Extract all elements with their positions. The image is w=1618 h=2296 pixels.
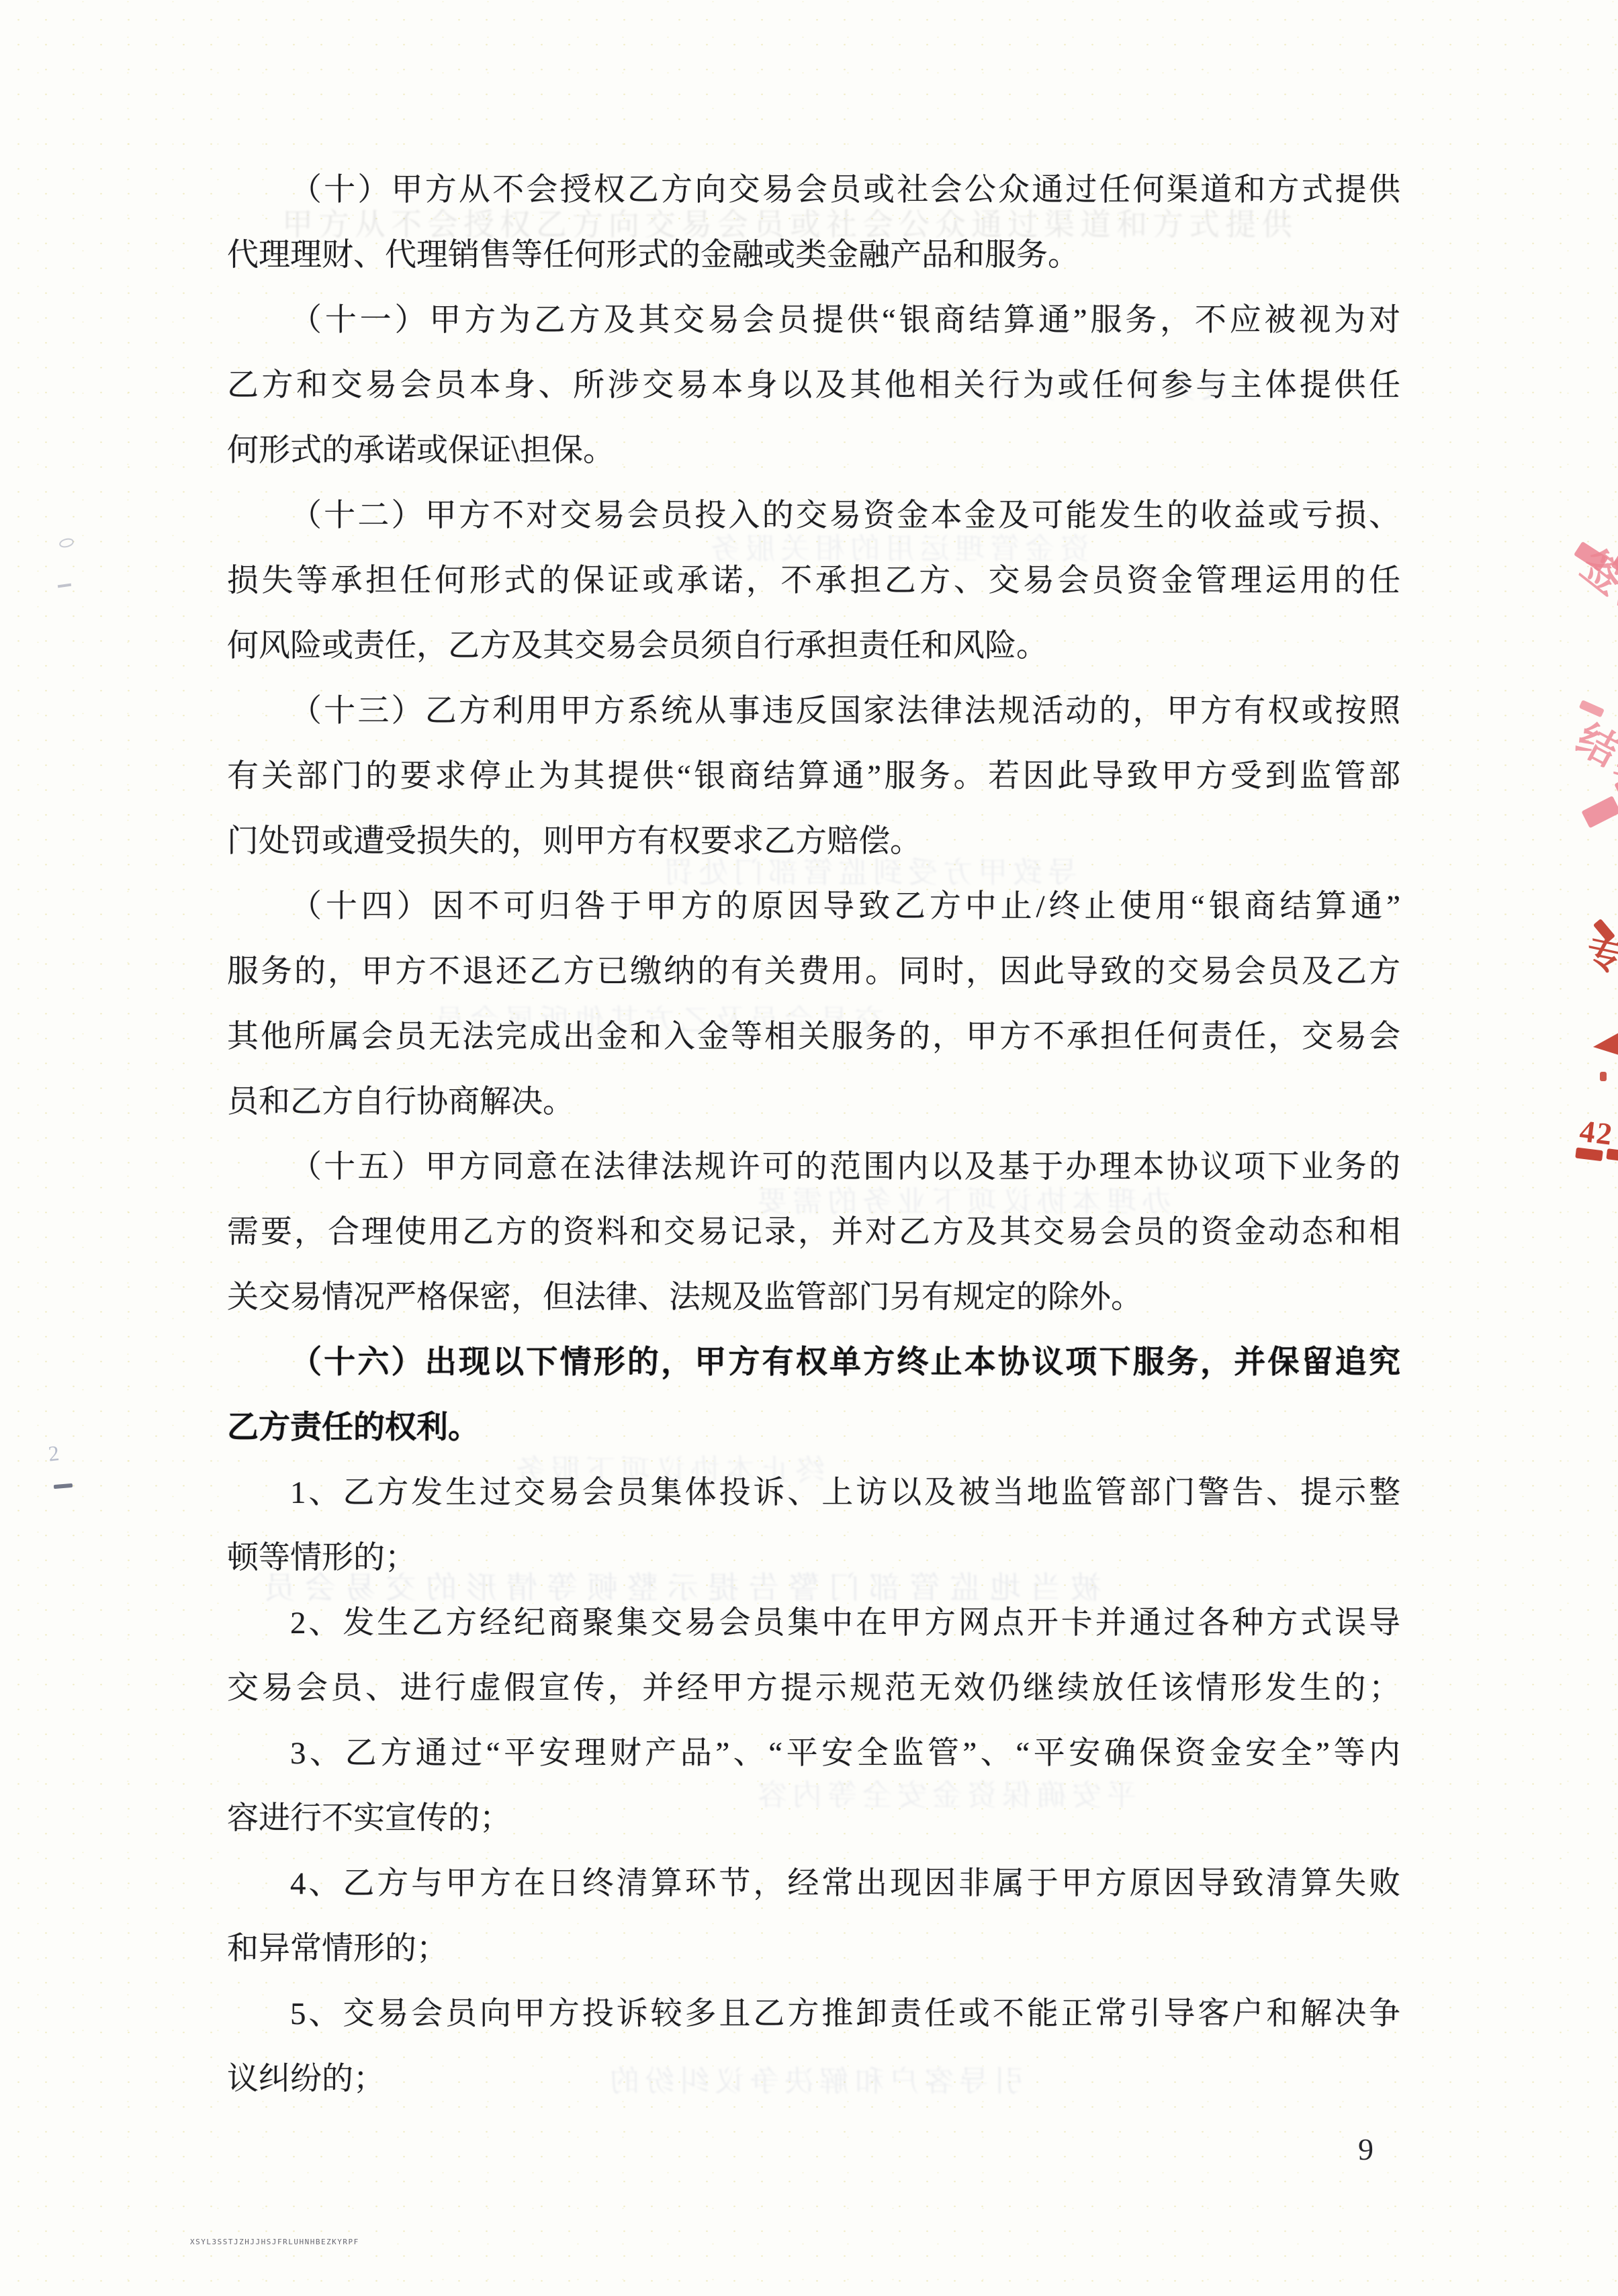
paragraph: （十五）甲方同意在法律法规许可的范围内以及基于办理本协议项下业务的需要，合理使用… — [227, 1135, 1400, 1330]
smudge-dash-bottom — [54, 1483, 73, 1489]
text-line: 4、乙方与甲方在日终清算环节，经常出现因非属于甲方原因导致清算失败 — [227, 1851, 1400, 1917]
text-line: 员和乙方自行协商解决。 — [227, 1070, 1400, 1135]
text-line: （十四）因不可归咎于甲方的原因导致乙方中止/终止使用“银商结算通” — [227, 874, 1400, 939]
text-line: （十三）乙方利用甲方系统从事违反国家法律法规活动的，甲方有权或按照 — [227, 679, 1400, 744]
text-line: 其他所属会员无法完成出金和入金等相关服务的，甲方不承担任何责任，交易会 — [227, 1005, 1400, 1070]
text-line: 交易会员、进行虚假宣传，并经甲方提示规范无效仍继续放任该情形发生的； — [227, 1656, 1400, 1721]
text-line: （十一）甲方为乙方及其交易会员提供“银商结算通”服务，不应被视为对 — [227, 288, 1400, 353]
text-line: 损失等承担任何形式的保证或承诺，不承担乙方、交易会员资金管理运用的任 — [227, 549, 1400, 614]
paragraph: 1、乙方发生过交易会员集体投诉、上访以及被当地监管部门警告、提示整顿等情形的； — [227, 1461, 1400, 1591]
text-line: 代理理财、代理销售等任何形式的金融或类金融产品和服务。 — [227, 223, 1400, 288]
text-line: （十五）甲方同意在法律法规许可的范围内以及基于办理本协议项下业务的 — [227, 1135, 1400, 1200]
text-line: 乙方责任的权利。 — [227, 1395, 1400, 1461]
paragraph: （十）甲方从不会授权乙方向交易会员或社会公众通过任何渠道和方式提供代理理财、代理… — [227, 158, 1400, 288]
stamp-red-glyphs-b: 42 — [1578, 1115, 1615, 1150]
paragraph: （十三）乙方利用甲方系统从事违反国家法律法规活动的，甲方有权或按照有关部门的要求… — [227, 679, 1400, 874]
text-line: （十）甲方从不会授权乙方向交易会员或社会公众通过任何渠道和方式提供 — [227, 158, 1400, 223]
text-line: 顿等情形的； — [227, 1526, 1400, 1591]
text-line: 服务的，甲方不退还乙方已缴纳的有关费用。同时，因此导致的交易会员及乙方 — [227, 939, 1400, 1005]
text-line: 和异常情形的； — [227, 1917, 1400, 1982]
stamp-red-dot — [1600, 1072, 1607, 1081]
text-line: 需要，合理使用乙方的资料和交易记录，并对乙方及其交易会员的资金动态和相 — [227, 1200, 1400, 1265]
paragraph: （十一）甲方为乙方及其交易会员提供“银商结算通”服务，不应被视为对乙方和交易会员… — [227, 288, 1400, 484]
paragraph: 2、发生乙方经纪商聚集交易会员集中在甲方网点开卡并通过各种方式误导交易会员、进行… — [227, 1591, 1400, 1721]
text-line: 容进行不实宣传的； — [227, 1786, 1400, 1851]
smudge-squiggle — [58, 537, 75, 549]
text-line: 何风险或责任，乙方及其交易会员须自行承担责任和风险。 — [227, 614, 1400, 679]
scanner-code-text: XSYL3SSTJZHJJHSJFRLUHNHBEZKYRPF — [190, 2238, 359, 2246]
page-number: 9 — [1358, 2134, 1374, 2165]
paragraph: （十二）甲方不对交易会员投入的交易资金本金及可能发生的收益或亏损、损失等承担任何… — [227, 484, 1400, 679]
paragraph: 3、乙方通过“平安理财产品”、“平安全监管”、“平安确保资金安全”等内容进行不实… — [227, 1721, 1400, 1851]
stamp-red-glyphs-a: 专用 — [1582, 927, 1618, 987]
stamp-pink-glyphs-top: 签约 — [1573, 544, 1618, 637]
smudge-digit: 2 — [47, 1440, 60, 1466]
text-line: 有关部门的要求停止为其提供“银商结算通”服务。若因此导致甲方受到监管部 — [227, 744, 1400, 809]
document-body: （十）甲方从不会授权乙方向交易会员或社会公众通过任何渠道和方式提供代理理财、代理… — [227, 158, 1400, 2112]
text-line: 何形式的承诺或保证\担保。 — [227, 418, 1400, 484]
text-line: （十二）甲方不对交易会员投入的交易资金本金及可能发生的收益或亏损、 — [227, 484, 1400, 549]
text-line: 2、发生乙方经纪商聚集交易会员集中在甲方网点开卡并通过各种方式误导 — [227, 1591, 1400, 1656]
text-line: 乙方和交易会员本身、所涉交易本身以及其他相关行为或任何参与主体提供任 — [227, 353, 1400, 418]
smudge-dash-top — [58, 584, 71, 588]
paragraph: （十四）因不可归咎于甲方的原因导致乙方中止/终止使用“银商结算通”服务的，甲方不… — [227, 874, 1400, 1135]
text-line: （十六）出现以下情形的，甲方有权单方终止本协议项下服务，并保留追究 — [227, 1330, 1400, 1395]
paragraph: （十六）出现以下情形的，甲方有权单方终止本协议项下服务，并保留追究乙方责任的权利… — [227, 1330, 1400, 1461]
paragraph: 4、乙方与甲方在日终清算环节，经常出现因非属于甲方原因导致清算失败和异常情形的； — [227, 1851, 1400, 1982]
stamp-pink-glyphs-mid: 结算 — [1570, 719, 1618, 797]
text-line: 5、交易会员向甲方投诉较多且乙方推卸责任或不能正常引导客户和解决争 — [227, 1982, 1400, 2047]
text-line: 1、乙方发生过交易会员集体投诉、上访以及被当地监管部门警告、提示整 — [227, 1461, 1400, 1526]
text-line: 议纠纷的； — [227, 2047, 1400, 2112]
paragraph: 5、交易会员向甲方投诉较多且乙方推卸责任或不能正常引导客户和解决争议纠纷的； — [227, 1982, 1400, 2112]
scanned-page: （十）甲方从不会授权乙方向交易会员或社会公众通过任何渠道和方式提供代理理财、代理… — [0, 0, 1618, 2296]
text-line: 关交易情况严格保密，但法律、法规及监管部门另有规定的除外。 — [227, 1265, 1400, 1330]
text-line: 3、乙方通过“平安理财产品”、“平安全监管”、“平安确保资金安全”等内 — [227, 1721, 1400, 1786]
text-line: 门处罚或遭受损失的，则甲方有权要求乙方赔偿。 — [227, 809, 1400, 874]
stamp-red-triangle — [1592, 1032, 1618, 1060]
